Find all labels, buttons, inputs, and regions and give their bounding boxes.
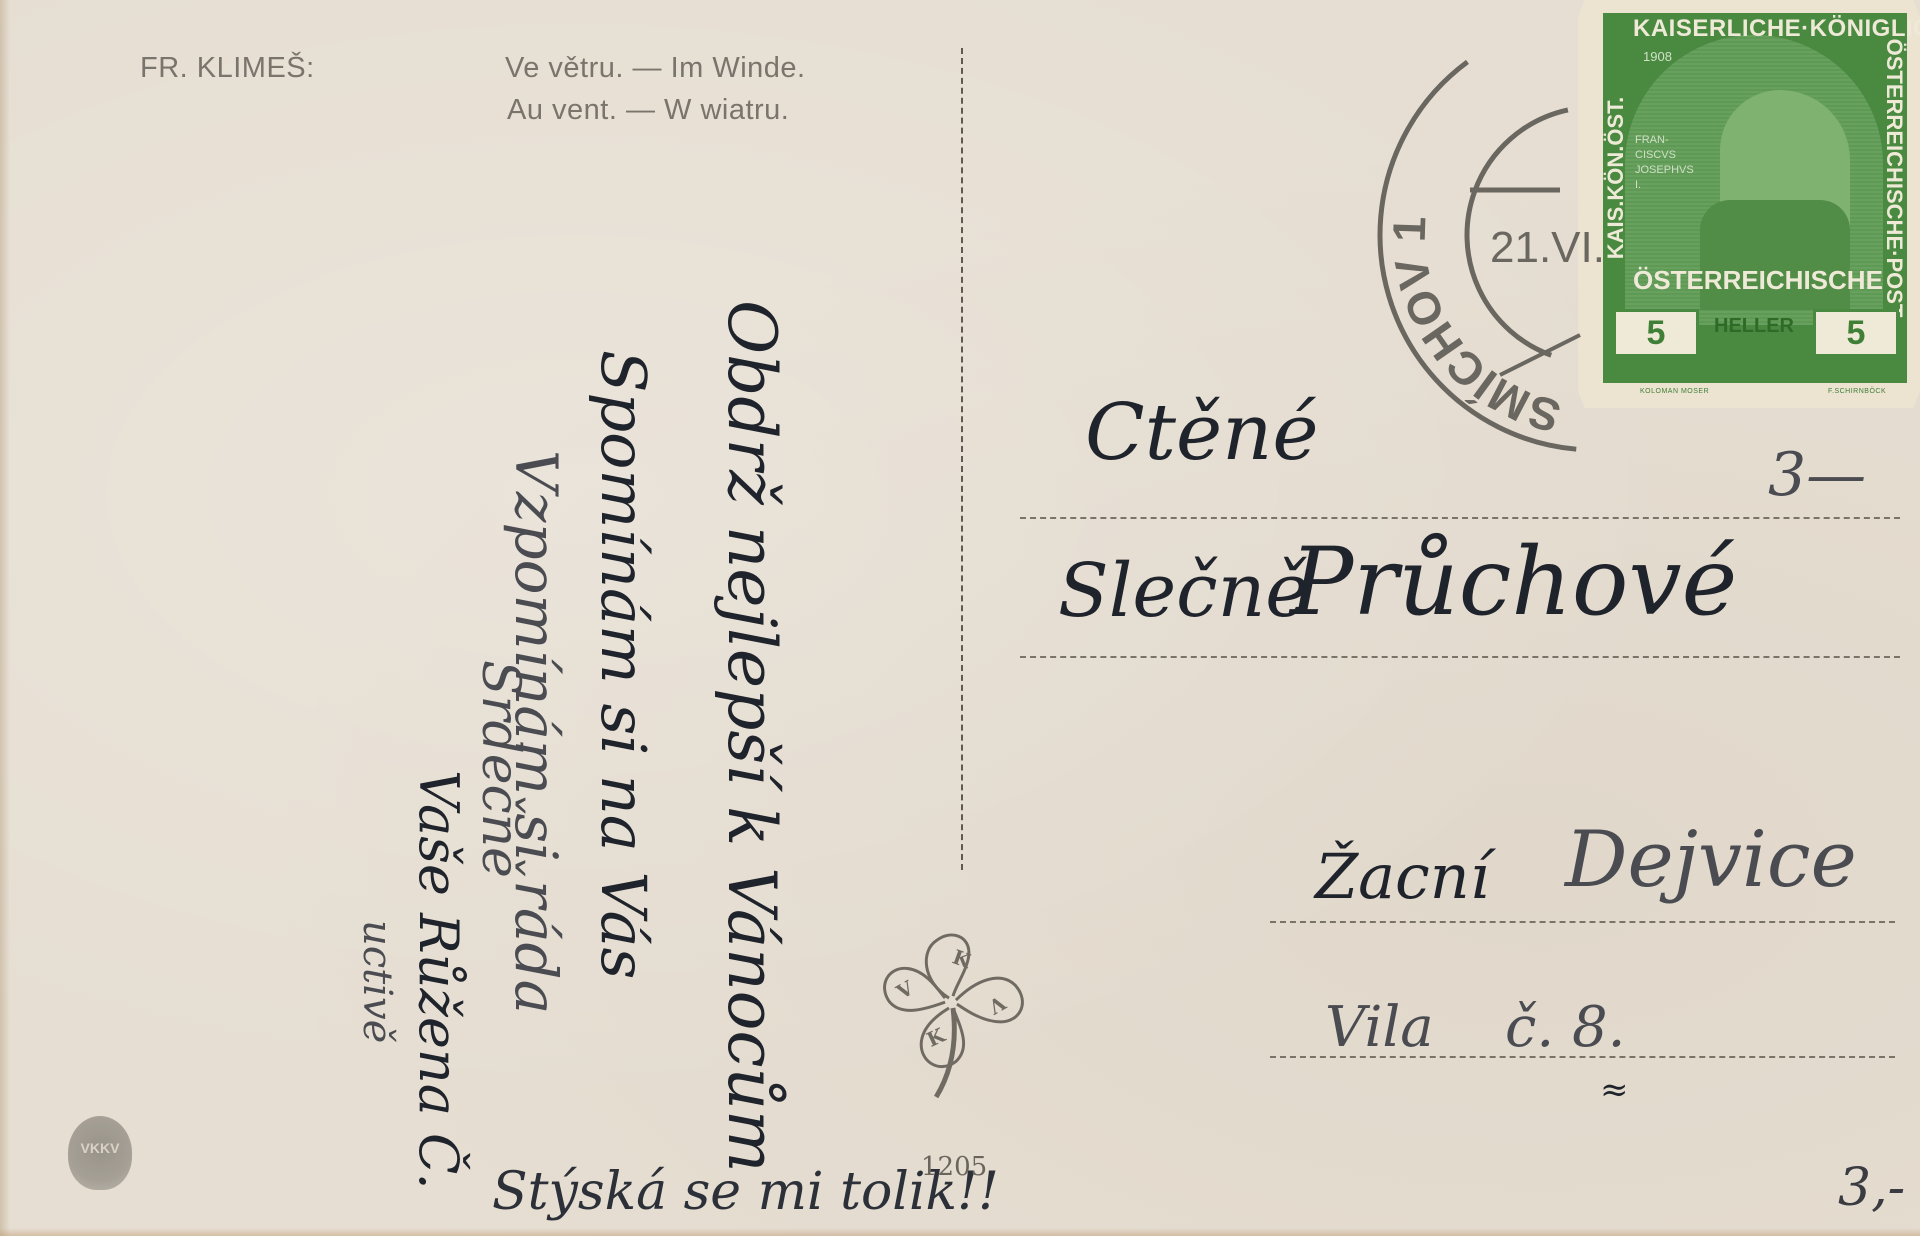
postcard-back: FR. KLIMEŠ: Ve větru. — Im Winde. Au ven… (0, 0, 1920, 1236)
svg-text:V: V (891, 975, 918, 1004)
stamp-engraver-credit: F.SCHIRNBÖCK (1828, 388, 1886, 395)
address-line-rule (1020, 517, 1900, 519)
address-underline-mark: ≈ (1600, 1070, 1629, 1110)
crown-emblem-icon: VKKV (68, 1116, 132, 1190)
stamp-right-legend: ÖSTERREICHISCHE·POST (1881, 33, 1907, 323)
svg-text:K: K (949, 945, 974, 974)
card-title-line-2: Au vent. — W wiatru. (507, 94, 789, 127)
postmark-cancel: SMÍCHOV 1 21.VI. (1370, 10, 1820, 460)
message-column-1: Obdrž nejlepší k Vánocům (713, 300, 790, 1173)
stamp-value-right: 5 (1813, 309, 1899, 357)
address-salutation: Ctěné (1085, 388, 1319, 478)
card-title-line-1: Ve větru. — Im Winde. (505, 52, 806, 85)
center-divider (961, 48, 963, 870)
address-line-rule (1020, 656, 1900, 658)
message-column-4: Srdečně (470, 660, 530, 878)
address-street: Žacní (1315, 840, 1490, 913)
pencil-price-mark-corner: 3,- (1838, 1158, 1905, 1218)
plate-number: 1205 (921, 1152, 987, 1182)
message-signature: Vaše Růžena Č. (407, 770, 470, 1190)
address-house-number: č. 8. (1505, 995, 1625, 1060)
publisher-name: FR. KLIMEŠ: (140, 52, 315, 85)
address-recipient-name: Průchové (1290, 528, 1737, 637)
svg-text:V: V (984, 990, 1011, 1019)
message-column-2: Spomínám si na Vás (587, 350, 660, 979)
address-title: Slečně (1058, 548, 1309, 634)
logo-mark-text: VKKV (68, 1140, 132, 1156)
message-column-6: uctivě (354, 920, 400, 1043)
address-house-label: Vila (1325, 995, 1434, 1060)
four-leaf-clover-icon: V K V K (862, 910, 1040, 1110)
address-town: Dejvice (1565, 815, 1857, 905)
svg-text:21.VI.: 21.VI. (1490, 223, 1605, 272)
address-line-rule (1270, 921, 1895, 923)
